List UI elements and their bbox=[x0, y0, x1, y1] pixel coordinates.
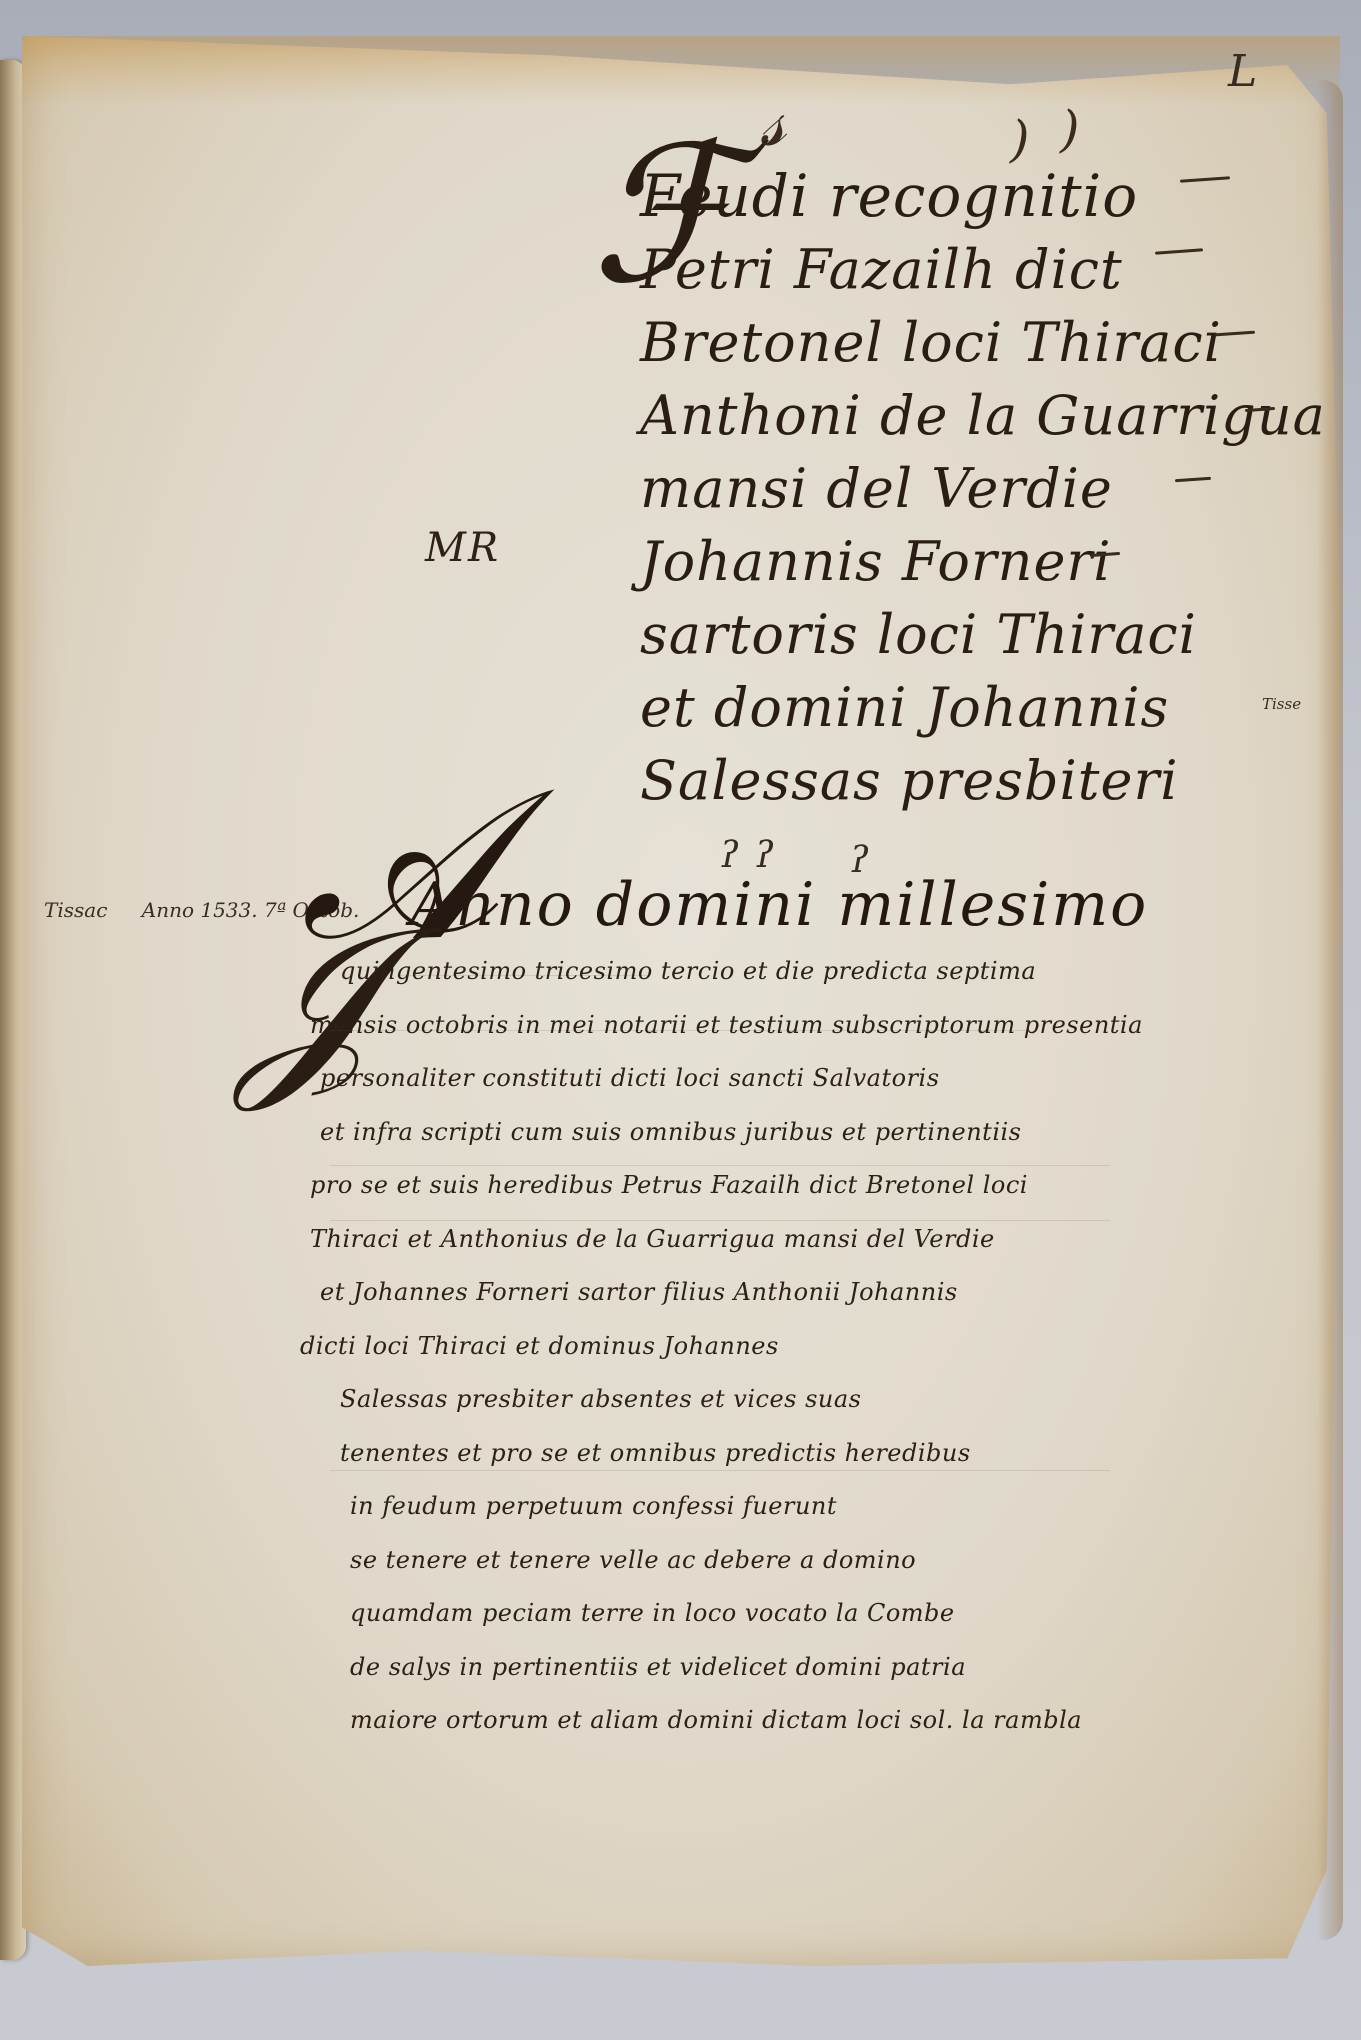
ascender-flourish: ) bbox=[1060, 100, 1080, 158]
body-line: quamdam peciam terre in loco vocato la C… bbox=[290, 1587, 1090, 1641]
body-line: et Johannes Forneri sartor filius Anthon… bbox=[290, 1266, 1090, 1320]
folio-number: L bbox=[1228, 46, 1257, 97]
body-line: in feudum perpetuum confessi fuerunt bbox=[290, 1480, 1090, 1534]
body-line: Salessas presbiter absentes et vices sua… bbox=[290, 1373, 1090, 1427]
heading-line: Salessas presbiteri bbox=[640, 744, 1280, 817]
margin-note-mr: MR bbox=[425, 525, 500, 571]
page-right-fore-edge bbox=[1317, 80, 1343, 1940]
body-line: mensis octobris in mei notarii et testiu… bbox=[290, 999, 1090, 1053]
body-line: dicti loci Thiraci et dominus Johannes bbox=[290, 1320, 1090, 1374]
body-line: pro se et suis heredibus Petrus Fazailh … bbox=[290, 1159, 1090, 1213]
body-line: tenentes et pro se et omnibus predictis … bbox=[290, 1427, 1090, 1481]
ascender-flourish: 𝓈 bbox=[760, 80, 786, 163]
heading-line: Anthoni de la Guarrigua bbox=[640, 379, 1280, 452]
body-line: se tenere et tenere velle ac debere a do… bbox=[290, 1534, 1090, 1588]
heading-line: Petri Fazailh dict bbox=[640, 233, 1280, 306]
margin-place: Tissac bbox=[44, 898, 107, 922]
heading-block: Feudi recognitio Petri Fazailh dict Bret… bbox=[640, 160, 1280, 817]
margin-note-right: Tisse bbox=[1262, 695, 1301, 713]
body-line: maiore ortorum et aliam domini dictam lo… bbox=[290, 1694, 1090, 1748]
body-line: et infra scripti cum suis omnibus juribu… bbox=[290, 1106, 1090, 1160]
heading-line: mansi del Verdie bbox=[640, 452, 1280, 525]
body-line: personaliter constituti dicti loci sanct… bbox=[290, 1052, 1090, 1106]
body-line: quingentesimo tricesimo tercio et die pr… bbox=[290, 945, 1090, 999]
heading-line: et domini Johannis bbox=[640, 671, 1280, 744]
opening-line: Anno domini millesimo bbox=[410, 870, 1148, 940]
heading-line: sartoris loci Thiraci bbox=[640, 598, 1280, 671]
ascender-flourish: ) bbox=[1010, 110, 1030, 168]
body-line: de salys in pertinentiis et videlicet do… bbox=[290, 1641, 1090, 1695]
heading-line: Feudi recognitio bbox=[640, 160, 1280, 233]
body-line: Thiraci et Anthonius de la Guarrigua man… bbox=[290, 1213, 1090, 1267]
heading-line: Johannis Forneri bbox=[640, 525, 1280, 598]
body-text: quingentesimo tricesimo tercio et die pr… bbox=[290, 945, 1090, 1748]
heading-line: Bretonel loci Thiraci bbox=[640, 306, 1280, 379]
